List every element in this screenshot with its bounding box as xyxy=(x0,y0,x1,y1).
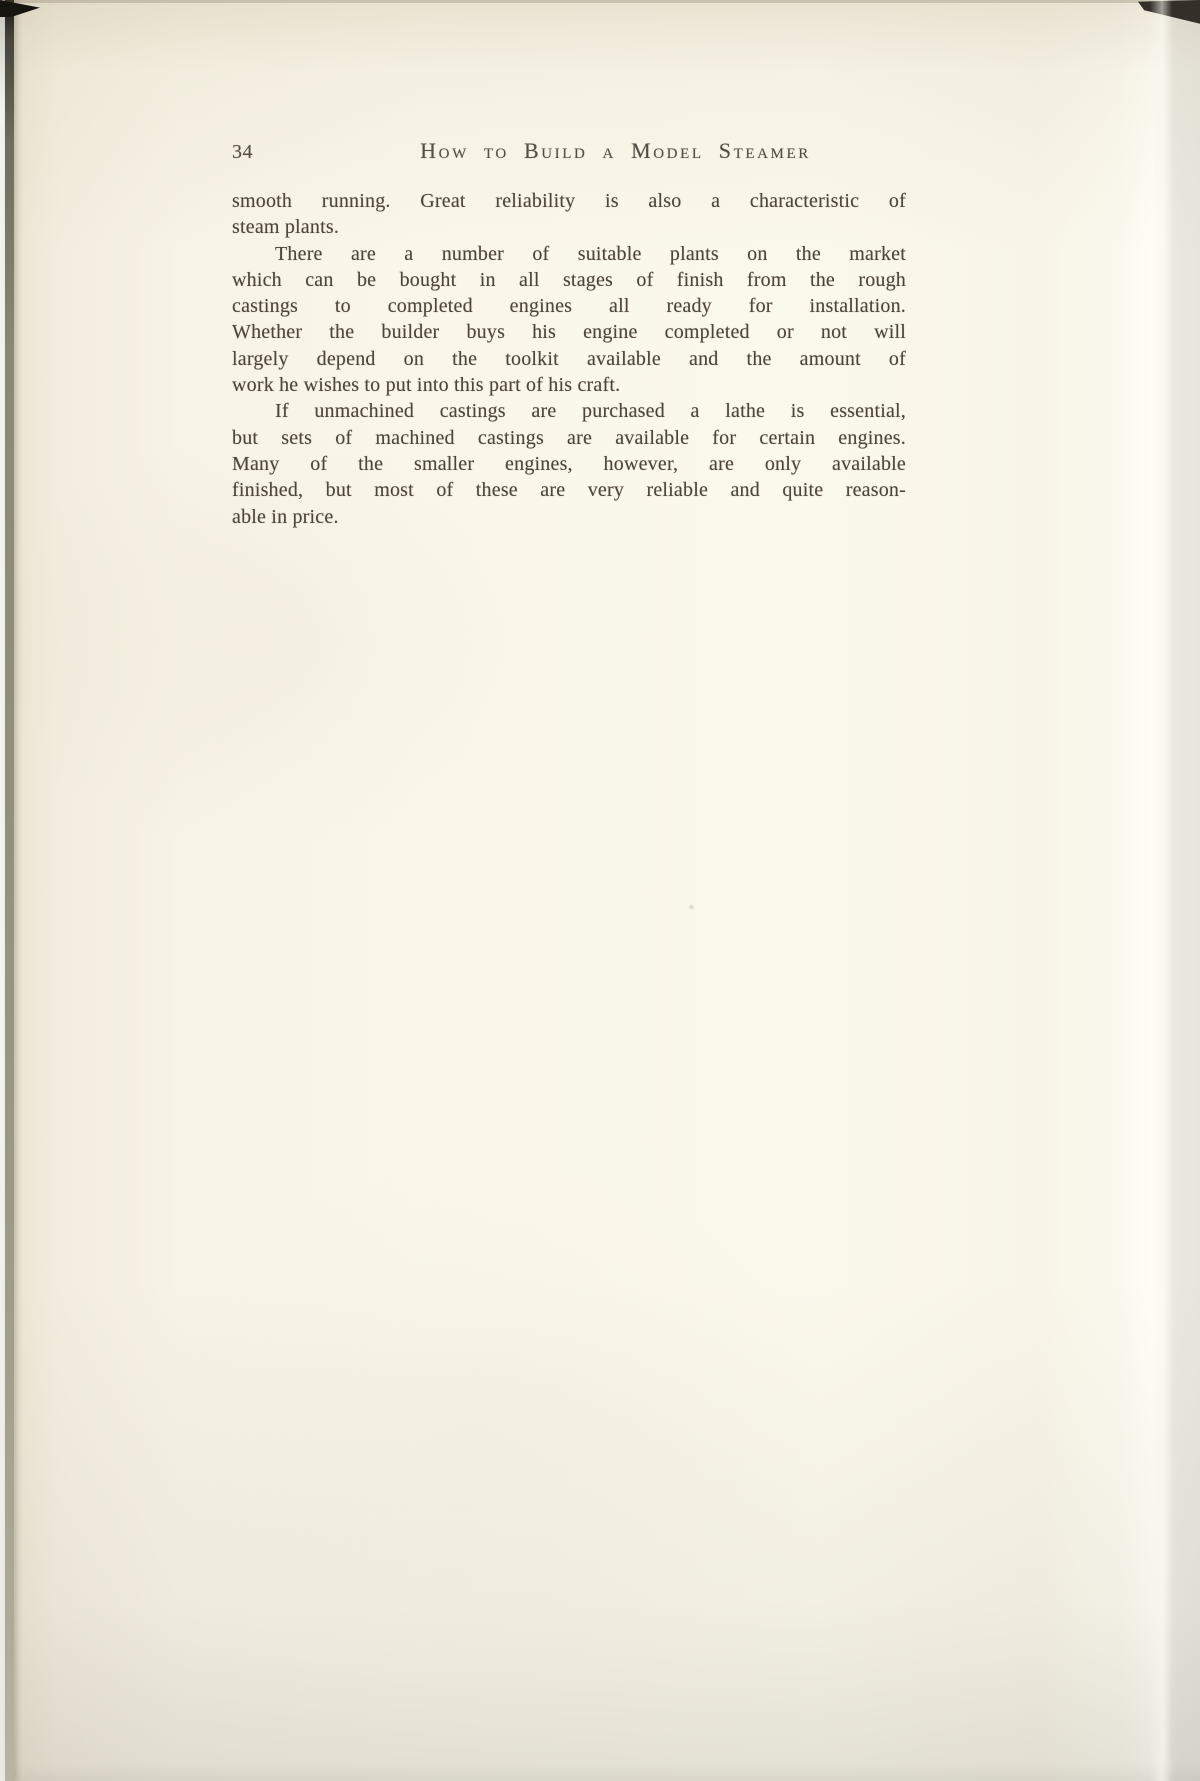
page-content: 34 How to Build a Model Steamer smooth r… xyxy=(232,138,906,530)
book-binding-edge xyxy=(5,0,14,1781)
page-number: 34 xyxy=(232,141,253,164)
text-line: Many of the smaller engines, however, ar… xyxy=(232,451,906,477)
text-line: largely depend on the toolkit available … xyxy=(232,346,906,372)
running-title: How to Build a Model Steamer xyxy=(253,138,906,164)
text-line: but sets of machined castings are availa… xyxy=(232,425,906,451)
running-head: 34 How to Build a Model Steamer xyxy=(232,138,906,164)
paragraph: There are a number of suitable plants on… xyxy=(232,241,906,399)
paragraph: If unmachined castings are purchased a l… xyxy=(232,398,906,529)
paper-speck xyxy=(688,904,695,910)
text-line: steam plants. xyxy=(232,214,906,240)
text-line: There are a number of suitable plants on… xyxy=(232,241,906,267)
text-line: Whether the builder buys his engine comp… xyxy=(232,319,906,345)
scanned-book-page: 34 How to Build a Model Steamer smooth r… xyxy=(0,0,1200,1781)
text-line: castings to completed engines all ready … xyxy=(232,293,906,319)
text-line: smooth running. Great reliability is als… xyxy=(232,188,906,214)
text-block: smooth running. Great reliability is als… xyxy=(232,188,906,530)
page-edge-highlight xyxy=(1150,0,1172,1781)
text-line: which can be bought in all stages of fin… xyxy=(232,267,906,293)
text-line: finished, but most of these are very rel… xyxy=(232,477,906,503)
paragraph: smooth running. Great reliability is als… xyxy=(232,188,906,241)
text-line: able in price. xyxy=(232,504,906,530)
text-line: If unmachined castings are purchased a l… xyxy=(232,398,906,424)
scan-top-edge-shadow xyxy=(0,0,1200,3)
text-line: work he wishes to put into this part of … xyxy=(232,372,906,398)
